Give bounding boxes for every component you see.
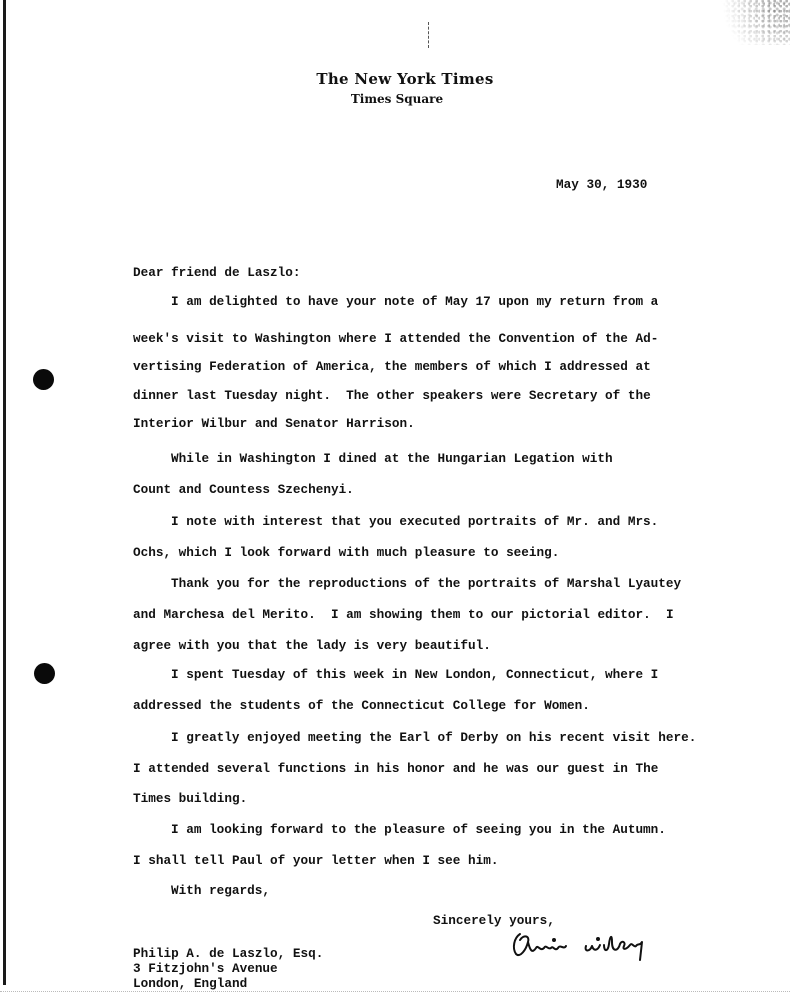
body-line: I attended several functions in his hono… bbox=[133, 761, 658, 777]
body-line: addressed the students of the Connecticu… bbox=[133, 698, 590, 714]
recipient-city: London, England bbox=[133, 976, 247, 992]
scan-noise bbox=[710, 0, 790, 45]
body-line: vertising Federation of America, the mem… bbox=[133, 359, 651, 375]
salutation: Dear friend de Laszlo: bbox=[133, 265, 301, 281]
body-line: I greatly enjoyed meeting the Earl of De… bbox=[171, 730, 696, 746]
body-line: I note with interest that you executed p… bbox=[171, 514, 658, 530]
body-line: While in Washington I dined at the Hunga… bbox=[171, 451, 613, 467]
page-edge-border bbox=[3, 0, 6, 985]
body-line: I am delighted to have your note of May … bbox=[171, 294, 658, 310]
body-line: Thank you for the reproductions of the p… bbox=[171, 576, 681, 592]
body-line: Ochs, which I look forward with much ple… bbox=[133, 545, 559, 561]
page-bottom-edge bbox=[0, 991, 790, 993]
punch-hole-icon bbox=[33, 369, 54, 390]
closing: Sincerely yours, bbox=[433, 913, 555, 929]
letter-date: May 30, 1930 bbox=[556, 177, 647, 193]
body-line: I am looking forward to the pleasure of … bbox=[171, 822, 666, 838]
punch-hole-icon bbox=[34, 663, 55, 684]
body-line: Interior Wilbur and Senator Harrison. bbox=[133, 416, 415, 432]
body-line: Times building. bbox=[133, 791, 247, 807]
letterhead-title: The New York Times bbox=[10, 70, 790, 88]
letterhead-subtitle: Times Square bbox=[2, 92, 790, 106]
recipient-name: Philip A. de Laszlo, Esq. bbox=[133, 946, 323, 962]
recipient-street: 3 Fitzjohn's Avenue bbox=[133, 961, 278, 977]
body-line: dinner last Tuesday night. The other spe… bbox=[133, 388, 651, 404]
fold-mark bbox=[428, 22, 430, 48]
body-line: With regards, bbox=[171, 883, 270, 899]
signature-icon bbox=[508, 928, 658, 964]
body-line: Count and Countess Szechenyi. bbox=[133, 482, 354, 498]
body-line: I spent Tuesday of this week in New Lond… bbox=[171, 667, 658, 683]
body-line: I shall tell Paul of your letter when I … bbox=[133, 853, 498, 869]
body-line: week's visit to Washington where I atten… bbox=[133, 331, 658, 347]
body-line: agree with you that the lady is very bea… bbox=[133, 638, 491, 654]
body-line: and Marchesa del Merito. I am showing th… bbox=[133, 607, 674, 623]
